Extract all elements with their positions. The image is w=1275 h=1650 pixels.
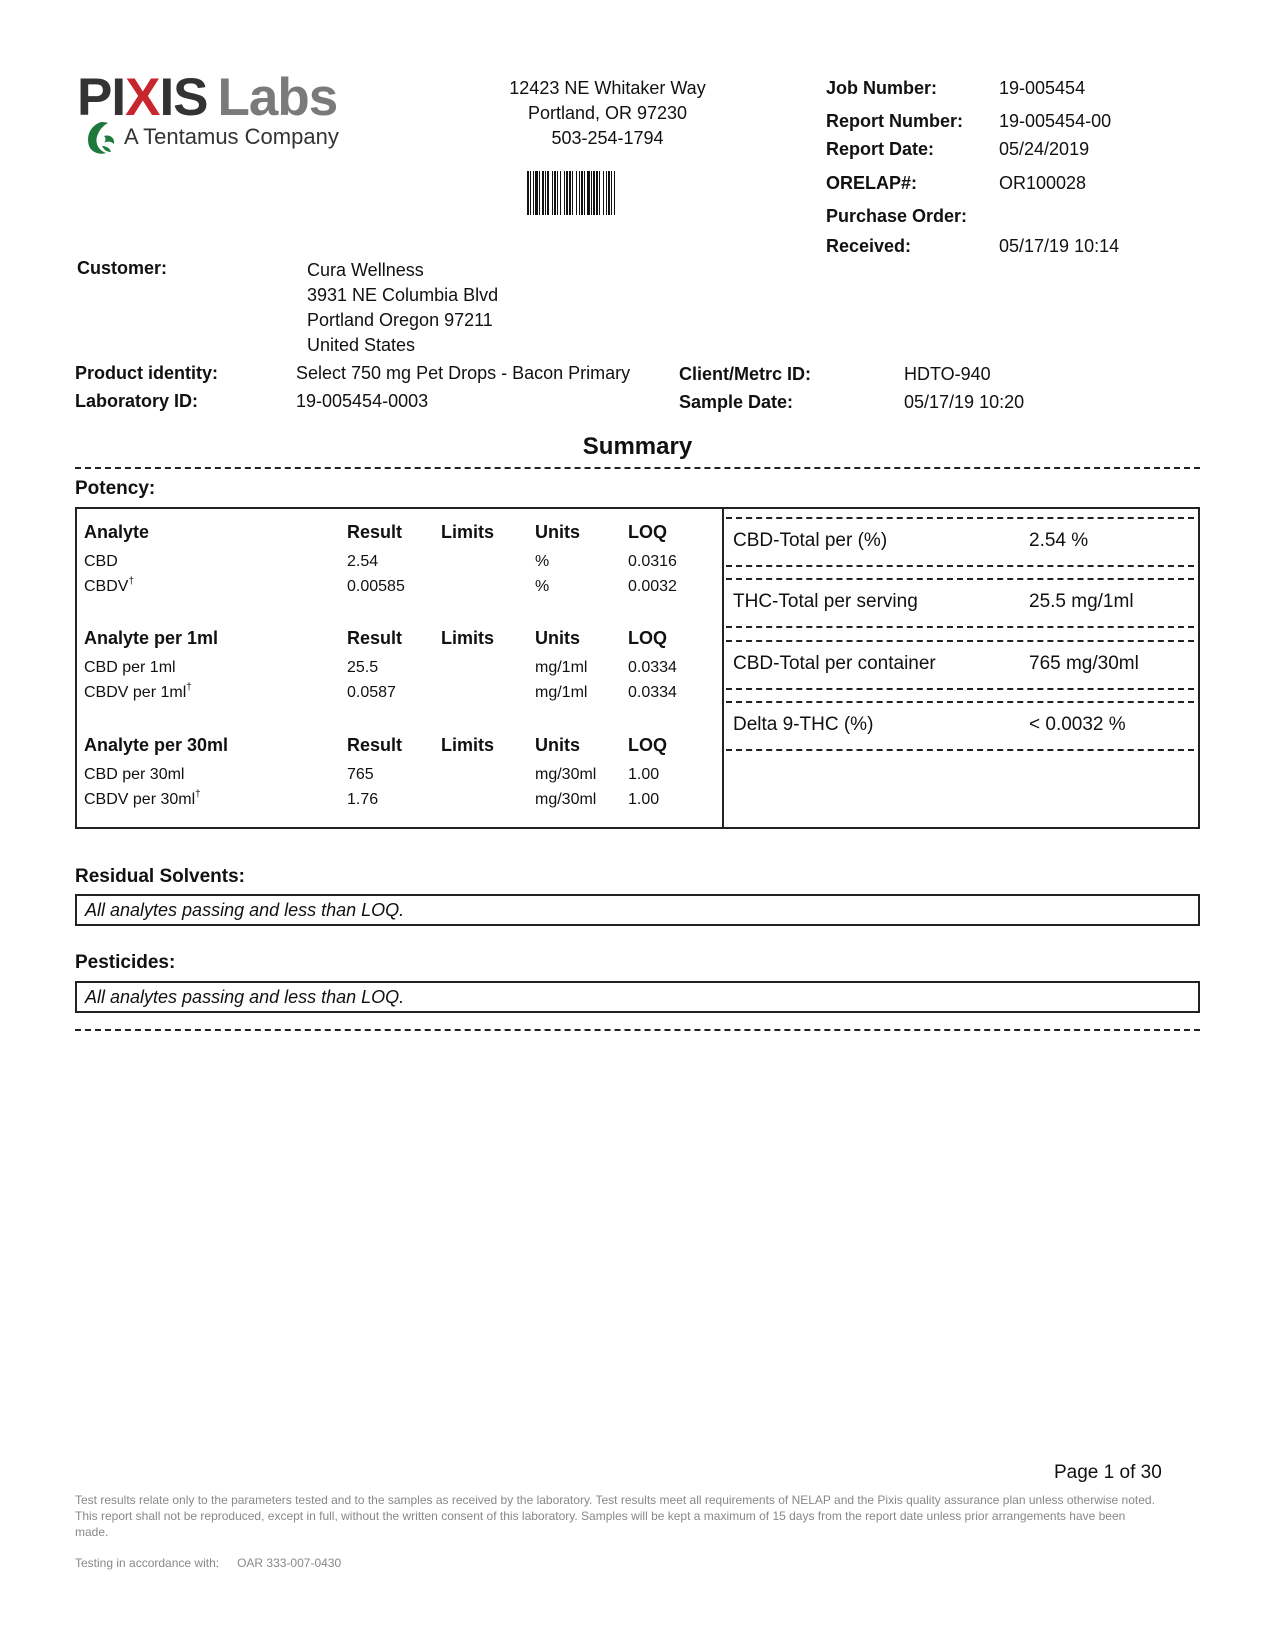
- logo-x: X: [125, 68, 159, 127]
- totals-divider: [726, 626, 1194, 628]
- job-number-value: 19-005454: [999, 77, 1085, 99]
- logo-tagline: A Tentamus Company: [84, 120, 339, 156]
- received-label: Received:: [826, 235, 911, 257]
- potency-header-analyte: Analyte: [84, 522, 149, 543]
- customer-name: Cura Wellness: [307, 258, 498, 283]
- pesticides-result: All analytes passing and less than LOQ.: [75, 981, 1200, 1013]
- logo-labs: Labs: [218, 68, 338, 127]
- potency-cell-analyte: CBD: [84, 553, 118, 571]
- potency-header-units: Units: [535, 735, 580, 756]
- customer-address: Cura Wellness 3931 NE Columbia Blvd Port…: [307, 258, 498, 358]
- potency-cell-result: 1.76: [347, 791, 378, 809]
- dagger-footnote-mark: †: [128, 576, 134, 587]
- potency-header-limits: Limits: [441, 522, 494, 543]
- potency-cell-loq: 0.0334: [628, 684, 677, 702]
- potency-cell-analyte: CBD per 1ml: [84, 659, 176, 677]
- disclaimer-text: Test results relate only to the paramete…: [75, 1492, 1155, 1540]
- product-identity-value: Select 750 mg Pet Drops - Bacon Primary: [296, 363, 630, 384]
- pesticides-label: Pesticides:: [75, 952, 175, 974]
- potency-header-result: Result: [347, 522, 402, 543]
- report-date-label: Report Date:: [826, 138, 934, 160]
- totals-divider: [726, 749, 1194, 751]
- potency-box-divider: [722, 507, 724, 829]
- purchase-order-label: Purchase Order:: [826, 205, 967, 227]
- total-label: Delta 9-THC (%): [733, 714, 873, 736]
- barcode-icon: [527, 171, 669, 215]
- tentamus-leaf-icon: [84, 120, 118, 156]
- testing-label: Testing in accordance with:: [75, 1556, 219, 1570]
- potency-cell-analyte: CBD per 30ml: [84, 766, 184, 784]
- pixis-labs-logo: PIXISLabs: [77, 68, 337, 128]
- customer-label: Customer:: [77, 258, 167, 279]
- client-metrc-id-label: Client/Metrc ID:: [679, 364, 811, 385]
- total-value: 25.5 mg/1ml: [1029, 591, 1134, 613]
- customer-city: Portland Oregon 97211: [307, 308, 498, 333]
- potency-cell-units: %: [535, 553, 549, 571]
- residual-solvents-label: Residual Solvents:: [75, 866, 245, 888]
- potency-cell-loq: 0.0316: [628, 553, 677, 571]
- potency-cell-units: mg/1ml: [535, 684, 587, 702]
- potency-cell-loq: 1.00: [628, 766, 659, 784]
- potency-cell-result: 765: [347, 766, 374, 784]
- potency-header-units: Units: [535, 522, 580, 543]
- totals-divider: [726, 578, 1194, 580]
- orelap-label: ORELAP#:: [826, 172, 917, 194]
- testing-value: OAR 333-007-0430: [237, 1556, 341, 1570]
- totals-divider: [726, 517, 1194, 519]
- dagger-footnote-mark: †: [186, 682, 192, 693]
- lab-city: Portland, OR 97230: [460, 101, 755, 126]
- potency-cell-units: mg/30ml: [535, 791, 596, 809]
- tagline-text: A Tentamus Company: [124, 124, 339, 149]
- totals-divider: [726, 688, 1194, 690]
- potency-cell-units: mg/1ml: [535, 659, 587, 677]
- potency-header-result: Result: [347, 735, 402, 756]
- potency-cell-result: 25.5: [347, 659, 378, 677]
- job-number-label: Job Number:: [826, 77, 937, 99]
- potency-header-units: Units: [535, 628, 580, 649]
- potency-header-analyte: Analyte per 1ml: [84, 628, 218, 649]
- summary-title: Summary: [0, 433, 1275, 461]
- potency-cell-units: %: [535, 578, 549, 596]
- logo-is: IS: [159, 68, 207, 127]
- potency-header-limits: Limits: [441, 628, 494, 649]
- lab-phone: 503-254-1794: [460, 126, 755, 151]
- customer-street: 3931 NE Columbia Blvd: [307, 283, 498, 308]
- divider-bottom: [75, 1029, 1200, 1031]
- lab-address: 12423 NE Whitaker Way Portland, OR 97230…: [460, 76, 755, 151]
- potency-cell-analyte: CBDV per 1ml†: [84, 684, 192, 702]
- received-value: 05/17/19 10:14: [999, 235, 1119, 257]
- totals-divider: [726, 640, 1194, 642]
- potency-header-loq: LOQ: [628, 522, 667, 543]
- totals-divider: [726, 701, 1194, 703]
- divider-top: [75, 467, 1200, 469]
- product-identity-label: Product identity:: [75, 363, 218, 384]
- potency-cell-analyte: CBDV per 30ml†: [84, 791, 201, 809]
- potency-header-limits: Limits: [441, 735, 494, 756]
- sample-date-value: 05/17/19 10:20: [904, 392, 1024, 413]
- potency-header-analyte: Analyte per 30ml: [84, 735, 228, 756]
- residual-solvents-result: All analytes passing and less than LOQ.: [75, 894, 1200, 926]
- potency-cell-result: 2.54: [347, 553, 378, 571]
- report-number-label: Report Number:: [826, 110, 963, 132]
- report-number-value: 19-005454-00: [999, 110, 1111, 132]
- totals-divider: [726, 565, 1194, 567]
- customer-country: United States: [307, 333, 498, 358]
- page-number: Page 1 of 30: [1054, 1462, 1162, 1484]
- potency-header-result: Result: [347, 628, 402, 649]
- total-label: CBD-Total per (%): [733, 530, 887, 552]
- orelap-value: OR100028: [999, 172, 1086, 194]
- potency-label: Potency:: [75, 478, 155, 500]
- potency-header-loq: LOQ: [628, 628, 667, 649]
- total-value: 2.54 %: [1029, 530, 1088, 552]
- logo-pi: PI: [77, 68, 125, 127]
- potency-cell-units: mg/30ml: [535, 766, 596, 784]
- potency-header-loq: LOQ: [628, 735, 667, 756]
- total-value: < 0.0032 %: [1029, 714, 1126, 736]
- potency-cell-result: 0.00585: [347, 578, 405, 596]
- potency-cell-analyte: CBDV†: [84, 578, 134, 596]
- testing-accordance: Testing in accordance with:OAR 333-007-0…: [75, 1556, 341, 1570]
- laboratory-id-value: 19-005454-0003: [296, 391, 428, 412]
- potency-cell-loq: 0.0032: [628, 578, 677, 596]
- dagger-footnote-mark: †: [195, 789, 201, 800]
- potency-cell-loq: 1.00: [628, 791, 659, 809]
- total-label: CBD-Total per container: [733, 653, 936, 675]
- sample-date-label: Sample Date:: [679, 392, 793, 413]
- client-metrc-id-value: HDTO-940: [904, 364, 991, 385]
- total-label: THC-Total per serving: [733, 591, 918, 613]
- laboratory-id-label: Laboratory ID:: [75, 391, 198, 412]
- lab-street: 12423 NE Whitaker Way: [460, 76, 755, 101]
- total-value: 765 mg/30ml: [1029, 653, 1139, 675]
- potency-cell-result: 0.0587: [347, 684, 396, 702]
- report-date-value: 05/24/2019: [999, 138, 1089, 160]
- potency-cell-loq: 0.0334: [628, 659, 677, 677]
